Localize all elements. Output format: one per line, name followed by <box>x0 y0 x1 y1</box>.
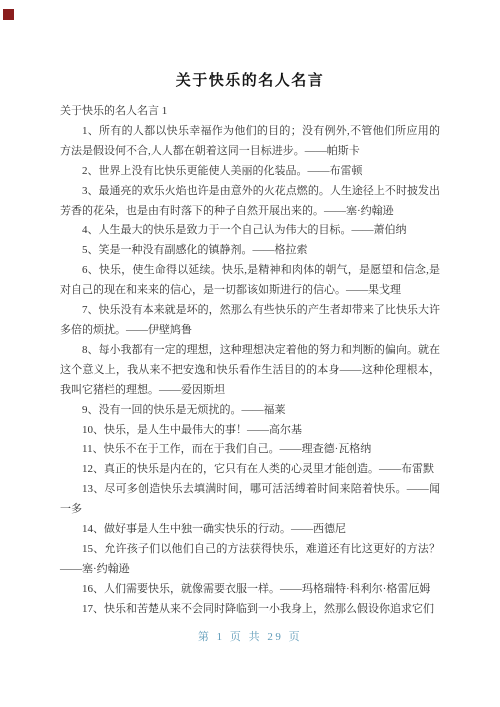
quote-paragraph: 17、快乐和苦楚从来不会同时降临到一小我身上，然那么假设你追求它们 <box>60 600 440 620</box>
quote-paragraph: 3、最通亮的欢乐火焰也许是由意外的火花点燃的。人生途径上不时披发出芳香的花朵，也… <box>60 182 440 222</box>
quote-paragraph: 8、每小我都有一定的理想，这种理想决定着他的努力和判断的偏向。就在这个意义上，我… <box>60 341 440 401</box>
quote-paragraph: 12、真正的快乐是内在的，它只有在人类的心灵里才能创造。——布雷默 <box>60 460 440 480</box>
corner-marker <box>3 9 14 20</box>
quote-paragraph: 13、尽可多创造快乐去填满时间，哪可活活缚着时间来陪着快乐。——闻一多 <box>60 480 440 520</box>
quote-paragraph: 16、人们需要快乐，就像需要衣服一样。——玛格瑞特·科利尔·格雷厄姆 <box>60 580 440 600</box>
quote-paragraph: 15、允许孩子们以他们自己的方法获得快乐，难道还有比这更好的方法？——塞·约翰逊 <box>60 540 440 580</box>
quote-paragraph: 14、做好事是人生中独一确实快乐的行动。——西德尼 <box>60 520 440 540</box>
quote-paragraph: 2、世界上没有比快乐更能使人美丽的化装品。——布雷顿 <box>60 162 440 182</box>
quote-paragraph: 6、快乐，使生命得以延续。快乐,是精神和肉体的朝气，是愿望和信念,是对自己的现在… <box>60 261 440 301</box>
quote-paragraph: 9、没有一回的快乐是无烦扰的。——福莱 <box>60 401 440 421</box>
quote-paragraph: 5、笑是一种没有副感化的镇静剂。——格拉索 <box>60 241 440 261</box>
document-body: 关于快乐的名人名言 1 1、所有的人都以快乐幸福作为他们的目的；没有例外,不管他… <box>0 102 500 647</box>
quote-paragraph: 10、快乐，是人生中最伟大的事！——高尔基 <box>60 421 440 441</box>
page-indicator: 第 1 页 共 29 页 <box>60 628 440 648</box>
quote-paragraph: 11、快乐不在于工作，而在于我们自己。——理查德·瓦格纳 <box>60 440 440 460</box>
section-heading: 关于快乐的名人名言 1 <box>60 102 440 122</box>
document-page: 关于快乐的名人名言 关于快乐的名人名言 1 1、所有的人都以快乐幸福作为他们的目… <box>0 0 500 707</box>
quote-paragraph: 7、快乐没有本来就是坏的，然那么有些快乐的产生者却带来了比快乐大许多倍的烦扰。—… <box>60 301 440 341</box>
quote-paragraph: 4、人生最大的快乐是致力于一个自己认为伟大的目标。——萧伯纳 <box>60 221 440 241</box>
quote-paragraph: 1、所有的人都以快乐幸福作为他们的目的；没有例外,不管他们所应用的方法是假设何不… <box>60 122 440 162</box>
document-title: 关于快乐的名人名言 <box>0 0 500 90</box>
quote-list: 1、所有的人都以快乐幸福作为他们的目的；没有例外,不管他们所应用的方法是假设何不… <box>60 122 440 620</box>
